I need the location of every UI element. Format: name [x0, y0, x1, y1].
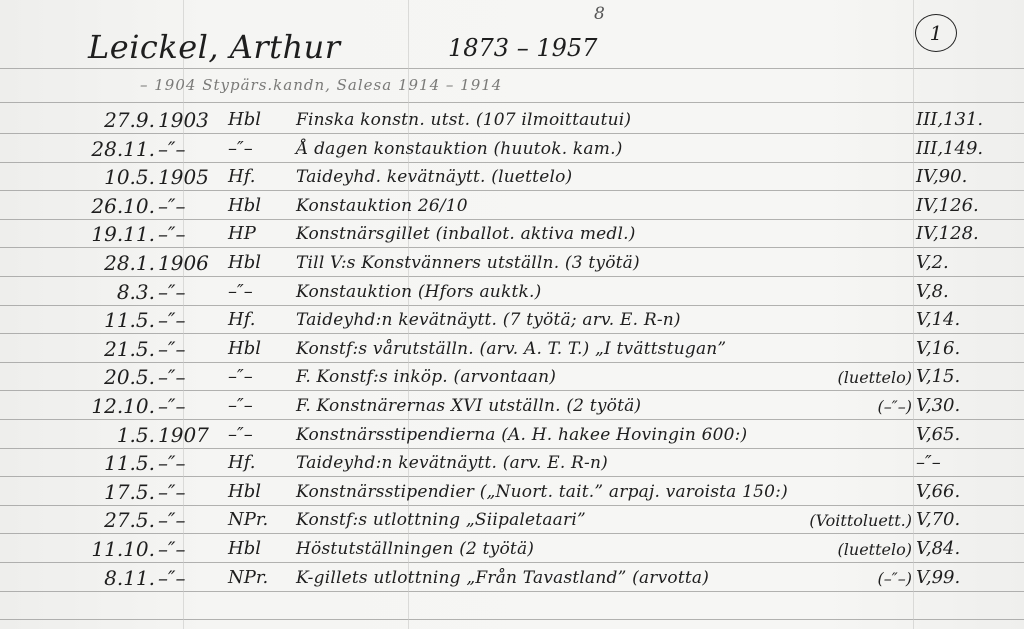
ruled-line — [0, 102, 1024, 103]
entry-date: 28.11. — [91, 137, 155, 161]
entry-year: –″– — [158, 508, 185, 532]
entry-source: Hbl — [228, 481, 261, 502]
entry-reference: IV,90. — [916, 166, 967, 187]
table-row: 28.11.–″––″–Å dagen konstauktion (huutok… — [0, 135, 1024, 164]
table-row: 11.5.–″–Hf.Taideyhd:n kevätnäytt. (7 työ… — [0, 306, 1024, 335]
entry-date: 27.5. — [104, 508, 155, 532]
entry-year: –″– — [158, 337, 185, 361]
entry-reference: –″– — [916, 452, 941, 473]
ruled-line — [0, 68, 1024, 69]
entry-reference: V,15. — [916, 366, 960, 387]
table-row: 12.10.–″––″–F. Konstnärernas XVI utställ… — [0, 392, 1024, 421]
entry-reference: V,8. — [916, 281, 949, 302]
entry-note: (luettelo) — [838, 368, 912, 387]
entry-date: 1.5. — [117, 423, 155, 447]
entry-year: 1907 — [158, 423, 209, 447]
entry-reference: V,16. — [916, 338, 960, 359]
entry-source: Hbl — [228, 195, 261, 216]
entry-date: 11.10. — [91, 537, 155, 561]
entry-source: Hbl — [228, 252, 261, 273]
entry-year: –″– — [158, 566, 185, 590]
table-row: 17.5.–″–HblKonstnärsstipendier („Nuort. … — [0, 478, 1024, 507]
entry-source: HP — [228, 223, 256, 244]
entry-reference: V,2. — [916, 252, 949, 273]
entry-reference: V,70. — [916, 509, 960, 530]
entry-year: –″– — [158, 537, 185, 561]
entry-date: 27.9. — [104, 108, 155, 132]
entry-year: –″– — [158, 308, 185, 332]
table-row: 20.5.–″––″–F. Konstf:s inköp. (arvontaan… — [0, 363, 1024, 392]
entry-date: 8.11. — [104, 566, 155, 590]
entry-date: 11.5. — [104, 451, 155, 475]
year-correction: 8 — [594, 4, 605, 24]
entry-year: 1906 — [158, 251, 209, 275]
entry-description: F. Konstnärernas XVI utställn. (2 työtä) — [296, 396, 641, 416]
entry-source: Hf. — [228, 166, 255, 187]
table-row: 11.5.–″–Hf.Taideyhd:n kevätnäytt. (arv. … — [0, 449, 1024, 478]
entry-note: (–″–) — [878, 569, 912, 588]
entry-date: 11.5. — [104, 308, 155, 332]
entry-date: 20.5. — [104, 365, 155, 389]
entry-source: –″– — [228, 281, 253, 302]
entry-reference: IV,128. — [916, 223, 979, 244]
entry-description: Konstf:s utlottning „Siipaletaari” — [296, 510, 586, 530]
entry-description: Taideyhd. kevätnäytt. (luettelo) — [296, 167, 572, 187]
table-row: 21.5.–″–HblKonstf:s vårutställn. (arv. A… — [0, 335, 1024, 364]
entry-reference: III,131. — [916, 109, 983, 130]
entry-description: Å dagen konstauktion (huutok. kam.) — [296, 139, 623, 159]
entry-source: –″– — [228, 424, 253, 445]
entry-source: Hbl — [228, 538, 261, 559]
entry-year: –″– — [158, 480, 185, 504]
table-row: 27.5.–″–NPr.Konstf:s utlottning „Siipale… — [0, 506, 1024, 535]
table-row: 26.10.–″–HblKonstauktion 26/10IV,126. — [0, 192, 1024, 221]
card-number-badge: 1 — [915, 14, 957, 52]
entry-description: Till V:s Konstvänners utställn. (3 työtä… — [296, 253, 640, 273]
table-row: 11.10.–″–HblHöstutställningen (2 työtä)(… — [0, 535, 1024, 564]
entry-description: Konstauktion (Hfors auktk.) — [296, 282, 541, 302]
entry-description: Konstnärsstipendier („Nuort. tait.” arpa… — [296, 482, 788, 502]
entry-description: Konstauktion 26/10 — [296, 196, 468, 216]
entry-reference: V,99. — [916, 567, 960, 588]
entry-date: 19.11. — [91, 222, 155, 246]
entry-source: NPr. — [228, 509, 268, 530]
entry-date: 12.10. — [91, 394, 155, 418]
entry-reference: V,14. — [916, 309, 960, 330]
entry-source: Hf. — [228, 452, 255, 473]
entry-date: 10.5. — [104, 165, 155, 189]
entry-description: Finska konstn. utst. (107 ilmoittautui) — [296, 110, 631, 130]
entry-reference: V,30. — [916, 395, 960, 416]
entry-source: –″– — [228, 138, 253, 159]
entry-source: NPr. — [228, 567, 268, 588]
ruled-line — [0, 619, 1024, 620]
entry-source: Hf. — [228, 309, 255, 330]
entry-note: (luettelo) — [838, 540, 912, 559]
table-row: 8.11.–″–NPr.K-gillets utlottning „Från T… — [0, 564, 1024, 593]
table-row: 8.3.–″––″–Konstauktion (Hfors auktk.)V,8… — [0, 278, 1024, 307]
entry-year: –″– — [158, 394, 185, 418]
entry-reference: V,84. — [916, 538, 960, 559]
entry-year: 1905 — [158, 165, 209, 189]
table-row: 19.11.–″–HPKonstnärsgillet (inballot. ak… — [0, 220, 1024, 249]
table-row: 10.5.1905Hf.Taideyhd. kevätnäytt. (luett… — [0, 163, 1024, 192]
entry-year: 1903 — [158, 108, 209, 132]
entry-source: –″– — [228, 366, 253, 387]
entry-date: 8.3. — [117, 280, 155, 304]
entry-description: Höstutställningen (2 työtä) — [296, 539, 534, 559]
entry-description: Konstnärsgillet (inballot. aktiva medl.) — [296, 224, 636, 244]
card-number: 1 — [930, 21, 943, 45]
entry-reference: III,149. — [916, 138, 983, 159]
biographical-note: – 1904 Stypärs.kandn, Salesa 1914 – 1914 — [140, 76, 502, 94]
entry-source: Hbl — [228, 338, 261, 359]
entry-description: F. Konstf:s inköp. (arvontaan) — [296, 367, 556, 387]
entry-date: 21.5. — [104, 337, 155, 361]
entry-year: –″– — [158, 451, 185, 475]
table-row: 28.1.1906HblTill V:s Konstvänners utstäl… — [0, 249, 1024, 278]
entry-description: Konstnärsstipendierna (A. H. hakee Hovin… — [296, 425, 747, 445]
entry-description: Taideyhd:n kevätnäytt. (7 työtä; arv. E.… — [296, 310, 681, 330]
entry-date: 26.10. — [91, 194, 155, 218]
entry-description: K-gillets utlottning „Från Tavastland” (… — [296, 568, 709, 588]
entry-date: 17.5. — [104, 480, 155, 504]
entry-year: –″– — [158, 365, 185, 389]
life-years: 1873 – 1957 — [448, 34, 597, 62]
table-row: 1.5.1907–″–Konstnärsstipendierna (A. H. … — [0, 421, 1024, 450]
entry-year: –″– — [158, 137, 185, 161]
entry-reference: V,65. — [916, 424, 960, 445]
entry-date: 28.1. — [104, 251, 155, 275]
entry-description: Taideyhd:n kevätnäytt. (arv. E. R-n) — [296, 453, 608, 473]
entry-note: (–″–) — [878, 397, 912, 416]
entry-source: Hbl — [228, 109, 261, 130]
entry-note: (Voittoluett.) — [809, 511, 912, 530]
table-row: 27.9.1903HblFinska konstn. utst. (107 il… — [0, 106, 1024, 135]
entry-description: Konstf:s vårutställn. (arv. A. T. T.) „I… — [296, 339, 726, 359]
entry-year: –″– — [158, 194, 185, 218]
artist-name: Leickel, Arthur — [88, 28, 341, 66]
entry-source: –″– — [228, 395, 253, 416]
entry-reference: IV,126. — [916, 195, 979, 216]
entry-reference: V,66. — [916, 481, 960, 502]
entry-year: –″– — [158, 280, 185, 304]
archive-index-card: Leickel, Arthur 1873 – 1957 8 1 – 1904 S… — [0, 0, 1024, 629]
entry-year: –″– — [158, 222, 185, 246]
